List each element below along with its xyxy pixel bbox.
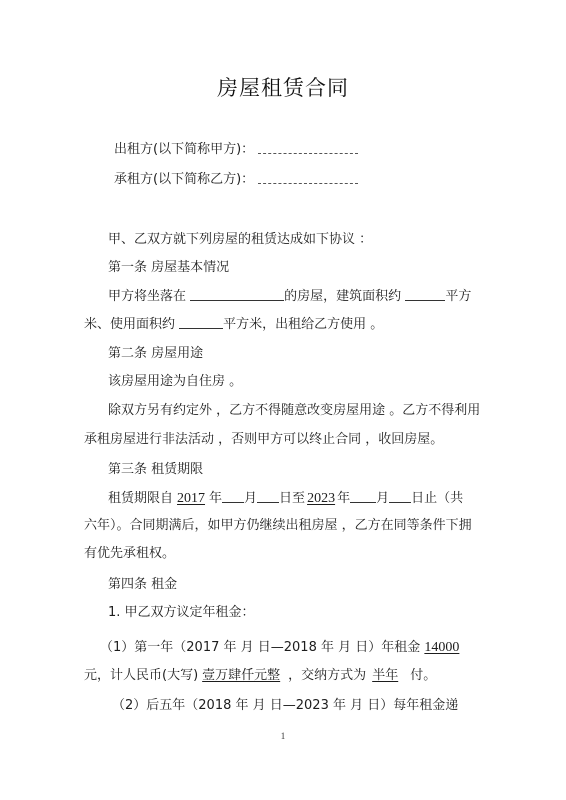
lessee-label: 承租方(以下简称乙方)： <box>114 172 254 187</box>
article-1-heading: 第一条 房屋基本情况 <box>108 259 229 277</box>
article-4-sub-1-line-2: 元，计人民币(大写)壹万肆仟元整，交纳方式为半年付。 <box>84 667 436 685</box>
document-title: 房屋租赁合同 <box>0 72 566 102</box>
start-day-field[interactable] <box>257 489 279 503</box>
article-2-p2-line1: 除双方另有约定外 ，乙方不得随意改变房屋用途 。乙方不得利用 <box>108 402 480 420</box>
end-year-field[interactable]: 2023 <box>305 491 337 506</box>
article-3-line-3: 有优先承租权。 <box>84 545 175 563</box>
start-month-field[interactable] <box>222 489 244 503</box>
lessee-name-field[interactable] <box>258 170 358 184</box>
rent-in-words-field[interactable]: 壹万肆仟元整 <box>198 668 288 683</box>
article-1-line-1: 甲方将坐落在 的房屋，建筑面积约 平方 <box>108 287 471 306</box>
article-2-p1: 该房屋用途为自住房 。 <box>108 373 242 391</box>
text: 月 <box>244 491 257 506</box>
payment-method-field[interactable]: 半年 <box>366 668 410 683</box>
agreement-intro: 甲、乙双方就下列房屋的租赁达成如下协议 ： <box>108 231 372 249</box>
lessor-name-field[interactable] <box>258 140 358 154</box>
article-4-sub-1-line-1: （1）第一年（2017 年 月 日—2018 年 月 日）年租金 14000 <box>100 639 459 657</box>
page-number: 1 <box>0 731 566 741</box>
text: 日止（共 <box>411 491 463 506</box>
end-month-field[interactable] <box>350 489 376 503</box>
article-3-line-1: 租赁期限自2017年月日至2023年月日止（共 <box>108 489 463 508</box>
article-4-sub-2: （2）后五年（2018 年 月 日—2023 年 月 日）每年租金递 <box>112 697 458 715</box>
article-1-line-2: 米、使用面积约 平方米，出租给乙方使用 。 <box>84 315 383 334</box>
building-area-field[interactable] <box>405 287 445 301</box>
usable-area-field[interactable] <box>179 315 223 329</box>
annual-rent-field[interactable]: 14000 <box>424 640 459 655</box>
text: 租赁期限自 <box>108 491 173 506</box>
article-3-heading: 第三条 租赁期限 <box>108 461 203 479</box>
lessor-line: 出租方(以下简称甲方)： <box>114 140 358 159</box>
start-year-field[interactable]: 2017 <box>173 491 209 506</box>
text: 平方 <box>445 289 471 304</box>
text: 甲方将坐落在 <box>108 289 186 304</box>
text: 元，计人民币(大写) <box>84 668 198 683</box>
text: 的房屋，建筑面积约 <box>284 289 401 304</box>
property-address-field[interactable] <box>190 287 284 301</box>
text: 平方米，出租给乙方使用 。 <box>223 317 383 332</box>
lessor-label: 出租方(以下简称甲方)： <box>114 142 254 157</box>
article-2-heading: 第二条 房屋用途 <box>108 345 203 363</box>
article-3-line-2: 六年）。合同期满后，如甲方仍继续出租房屋 ，乙方在同等条件下拥 <box>84 517 472 535</box>
text: 米、使用面积约 <box>84 317 175 332</box>
text: 月 <box>376 491 389 506</box>
article-4-heading: 第四条 租金 <box>108 576 177 594</box>
end-day-field[interactable] <box>389 489 411 503</box>
text: （1）第一年（2017 年 月 日—2018 年 月 日）年租金 <box>100 640 424 655</box>
text: 日至 <box>279 491 305 506</box>
document-page: 房屋租赁合同 出租方(以下简称甲方)： 承租方(以下简称乙方)： 甲、乙双方就下… <box>0 0 566 800</box>
text: ，交纳方式为 <box>288 668 366 683</box>
lessee-line: 承租方(以下简称乙方)： <box>114 170 358 189</box>
text: 年 <box>209 491 222 506</box>
text: 年 <box>337 491 350 506</box>
text: 付。 <box>410 668 436 683</box>
article-2-p2-line2: 承租房屋进行非法活动 ，否则甲方可以终止合同 ，收回房屋。 <box>84 431 443 449</box>
article-4-item-1: 1. 甲乙双方议定年租金： <box>108 604 255 622</box>
